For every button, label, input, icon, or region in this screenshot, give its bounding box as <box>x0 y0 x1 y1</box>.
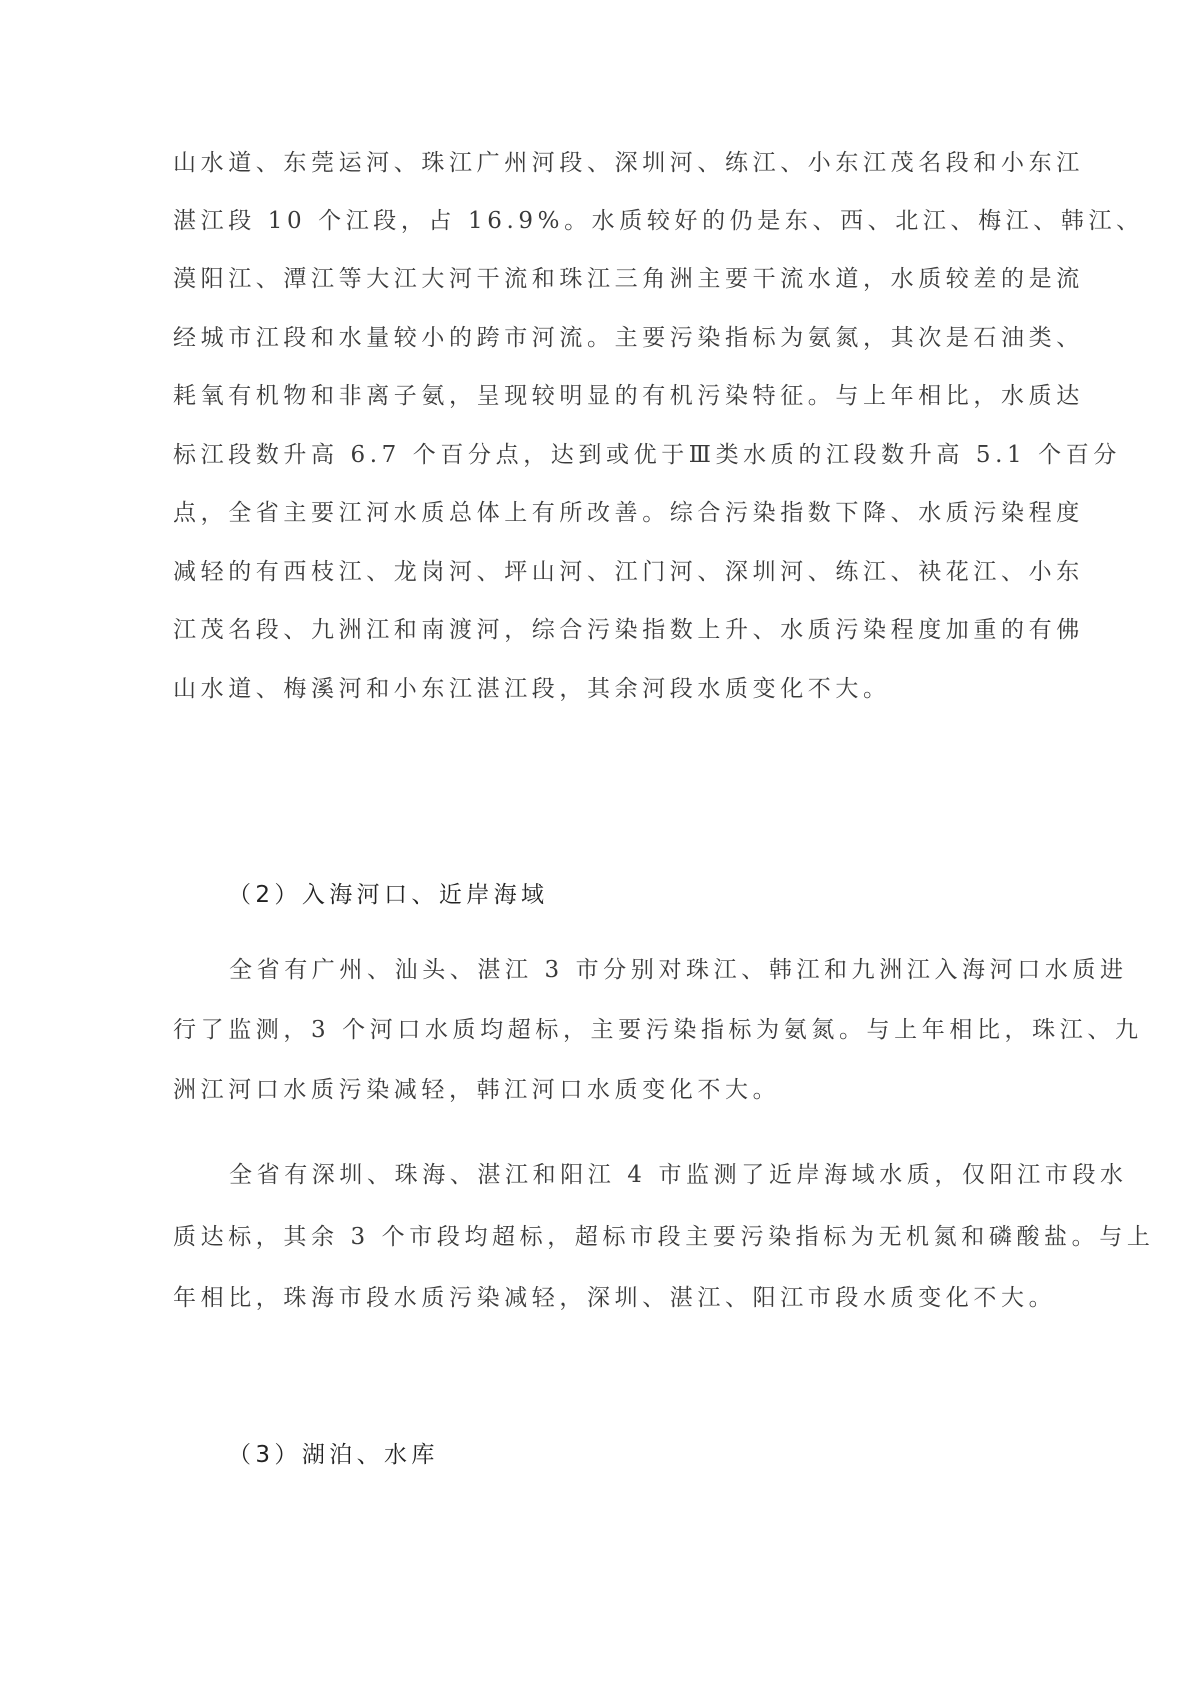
paragraph-line: 年相比，珠海市段水质污染减轻，深圳、湛江、阳江市段水质变化不大。 <box>173 1283 1033 1313</box>
paragraph-line: 山水道、梅溪河和小东江湛江段，其余河段水质变化不大。 <box>173 674 1033 704</box>
paragraph-line: 减轻的有西枝江、龙岗河、坪山河、江门河、深圳河、练江、袂花江、小东 <box>173 557 1033 587</box>
paragraph-line: 江茂名段、九洲江和南渡河，综合污染指数上升、水质污染程度加重的有佛 <box>173 615 1033 645</box>
paragraph-line: 山水道、东莞运河、珠江广州河段、深圳河、练江、小东江茂名段和小东江 <box>173 148 1033 178</box>
section-heading-lakes-reservoirs: （3）湖泊、水库 <box>228 1440 439 1470</box>
paragraph-line: 行了监测，3 个河口水质均超标，主要污染指标为氨氮。与上年相比，珠江、九 <box>173 1015 1033 1045</box>
paragraph-line: 标江段数升高 6.7 个百分点，达到或优于Ⅲ类水质的江段数升高 5.1 个百分 <box>173 440 1033 470</box>
paragraph-line: 漠阳江、潭江等大江大河干流和珠江三角洲主要干流水道，水质较差的是流 <box>173 264 1033 294</box>
paragraph-line: 湛江段 10 个江段，占 16.9%。水质较好的仍是东、西、北江、梅江、韩江、 <box>173 206 1033 236</box>
paragraph-line: 经城市江段和水量较小的跨市河流。主要污染指标为氨氮，其次是石油类、 <box>173 323 1033 353</box>
paragraph-line: 耗氧有机物和非离子氨，呈现较明显的有机污染特征。与上年相比，水质达 <box>173 381 1033 411</box>
paragraph-line: 全省有广州、汕头、湛江 3 市分别对珠江、韩江和九洲江入海河口水质进 <box>229 955 1089 985</box>
paragraph-line: 点，全省主要江河水质总体上有所改善。综合污染指数下降、水质污染程度 <box>173 498 1033 528</box>
document-page: 山水道、东莞运河、珠江广州河段、深圳河、练江、小东江茂名段和小东江 湛江段 10… <box>0 0 1191 1684</box>
section-heading-estuaries-coastal: （2）入海河口、近岸海域 <box>228 880 548 910</box>
paragraph-line: 质达标，其余 3 个市段均超标，超标市段主要污染指标为无机氮和磷酸盐。与上 <box>173 1222 1033 1252</box>
paragraph-line: 洲江河口水质污染减轻，韩江河口水质变化不大。 <box>173 1075 1033 1105</box>
paragraph-line: 全省有深圳、珠海、湛江和阳江 4 市监测了近岸海域水质，仅阳江市段水 <box>229 1160 1089 1190</box>
